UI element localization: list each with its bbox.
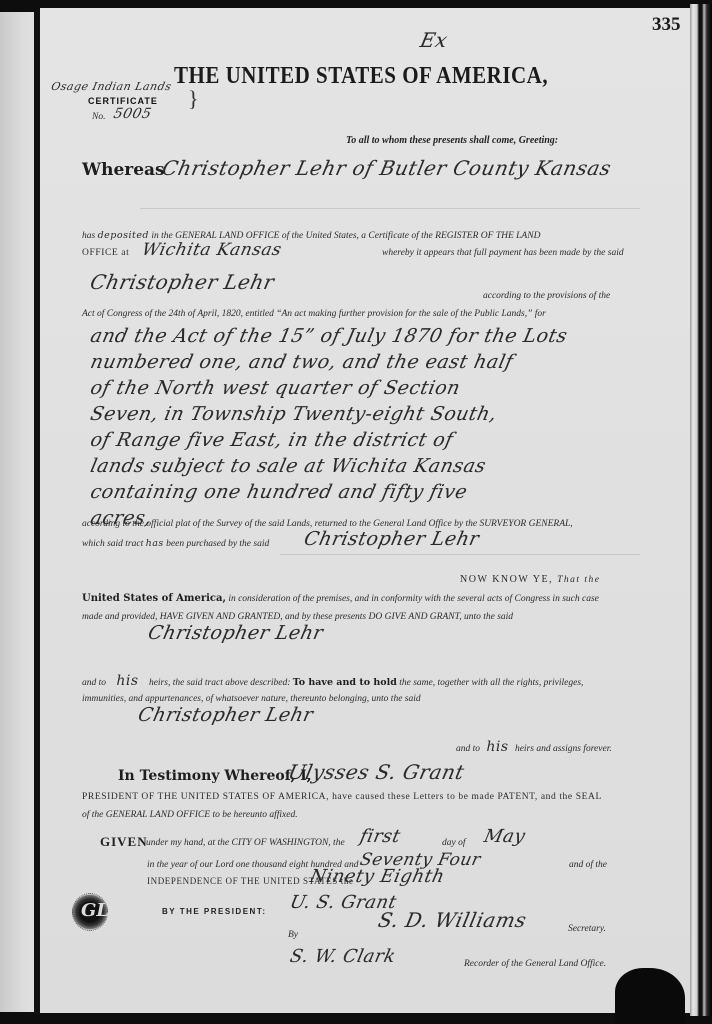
grantee-line: Christopher Lehr of Butler County Kansas (160, 156, 614, 180)
land-patent-page: 335 Ex THE UNITED STATES OF AMERICA, Osa… (40, 8, 690, 1013)
recorder-signature: S. W. Clark (288, 946, 398, 967)
grant-line-2: made and provided, HAVE GIVEN AND GRANTE… (82, 612, 513, 622)
secretary-signature: S. D. Williams (376, 908, 529, 932)
survey-line-2: which said tract has been purchased by t… (82, 538, 269, 549)
grant-line-1: United States of America, in considerati… (82, 593, 599, 604)
purchaser-name: Christopher Lehr (302, 528, 481, 550)
by-the-president-label: BY THE PRESIDENT: (162, 907, 266, 916)
heirs-assigns-line: and to his heirs and assigns forever. (456, 739, 612, 755)
page-number: 335 (652, 14, 681, 36)
brace: } (188, 86, 199, 112)
land-description-line: of Range five East, in the district of (88, 427, 570, 453)
land-description-line: numbered one, and two, and the east half (88, 349, 570, 375)
land-description-line: containing one hundred and fifty five (88, 479, 570, 505)
payer-name: Christopher Lehr (88, 270, 277, 294)
testimony-lead: In Testimony Whereof, I, (118, 768, 312, 784)
testimony-line-1: PRESIDENT OF THE UNITED STATES OF AMERIC… (82, 792, 602, 802)
greeting: To all to whom these presents shall come… (346, 135, 558, 146)
deposit-line-2-prefix: OFFICE at (82, 248, 129, 258)
given-month: May (482, 826, 527, 847)
top-annotation: Ex (418, 28, 450, 52)
given-day-of: day of (442, 838, 465, 848)
given-day: first (358, 826, 402, 847)
heirs-line: and to his heirs, the said tract above d… (82, 673, 583, 689)
certificate-number-prefix: No. (92, 112, 105, 122)
certificate-number: 5005 (112, 106, 153, 122)
land-description-line: Seven, in Township Twenty-eight South, (88, 401, 570, 427)
now-know-ye: NOW KNOW YE, That the (460, 574, 601, 585)
appurtenances-line: immunities, and appurtenances, of whatso… (82, 694, 421, 704)
land-description-line: and the Act of the 15” of July 1870 for … (88, 323, 570, 349)
given-line-2-suffix: and of the (569, 860, 607, 870)
land-description-line: lands subject to sale at Wichita Kansas (88, 453, 570, 479)
independence-year: Ninety Eighth (308, 866, 447, 887)
blank-rule (140, 208, 640, 209)
given-lead: GIVEN (100, 834, 148, 850)
facing-page-edge (0, 12, 38, 1012)
land-description: and the Act of the 15” of July 1870 for … (88, 323, 564, 531)
payment-suffix: according to the provisions of the (483, 291, 610, 301)
secretary-title: Secretary. (568, 924, 606, 934)
blank-rule (280, 554, 640, 555)
margin-note: Osage Indian Lands (50, 80, 173, 93)
by-label: By (288, 930, 298, 940)
grantee-name-2: Christopher Lehr (136, 704, 315, 726)
page-stack-edge (690, 4, 712, 1016)
act-line: Act of Congress of the 24th of April, 18… (82, 309, 546, 319)
gl-seal-icon: GL (72, 893, 108, 931)
recorder-title: Recorder of the General Land Office. (464, 959, 606, 969)
certificate-label: CERTIFICATE (88, 96, 158, 106)
thumb-shadow (615, 968, 685, 1024)
testimony-line-2: of the GENERAL LAND OFFICE to be hereunt… (82, 810, 298, 820)
given-line-1: under my hand, at the CITY OF WASHINGTON… (146, 838, 345, 848)
president-name: Ulysses S. Grant (286, 760, 467, 784)
whereas-lead: Whereas (82, 160, 165, 180)
grantee-name: Christopher Lehr (146, 622, 325, 644)
deposit-line-2-suffix: whereby it appears that full payment has… (382, 248, 624, 258)
land-office: Wichita Kansas (140, 240, 284, 260)
land-description-line: of the North west quarter of Section (88, 375, 570, 401)
document-title: THE UNITED STATES OF AMERICA, (174, 61, 548, 90)
